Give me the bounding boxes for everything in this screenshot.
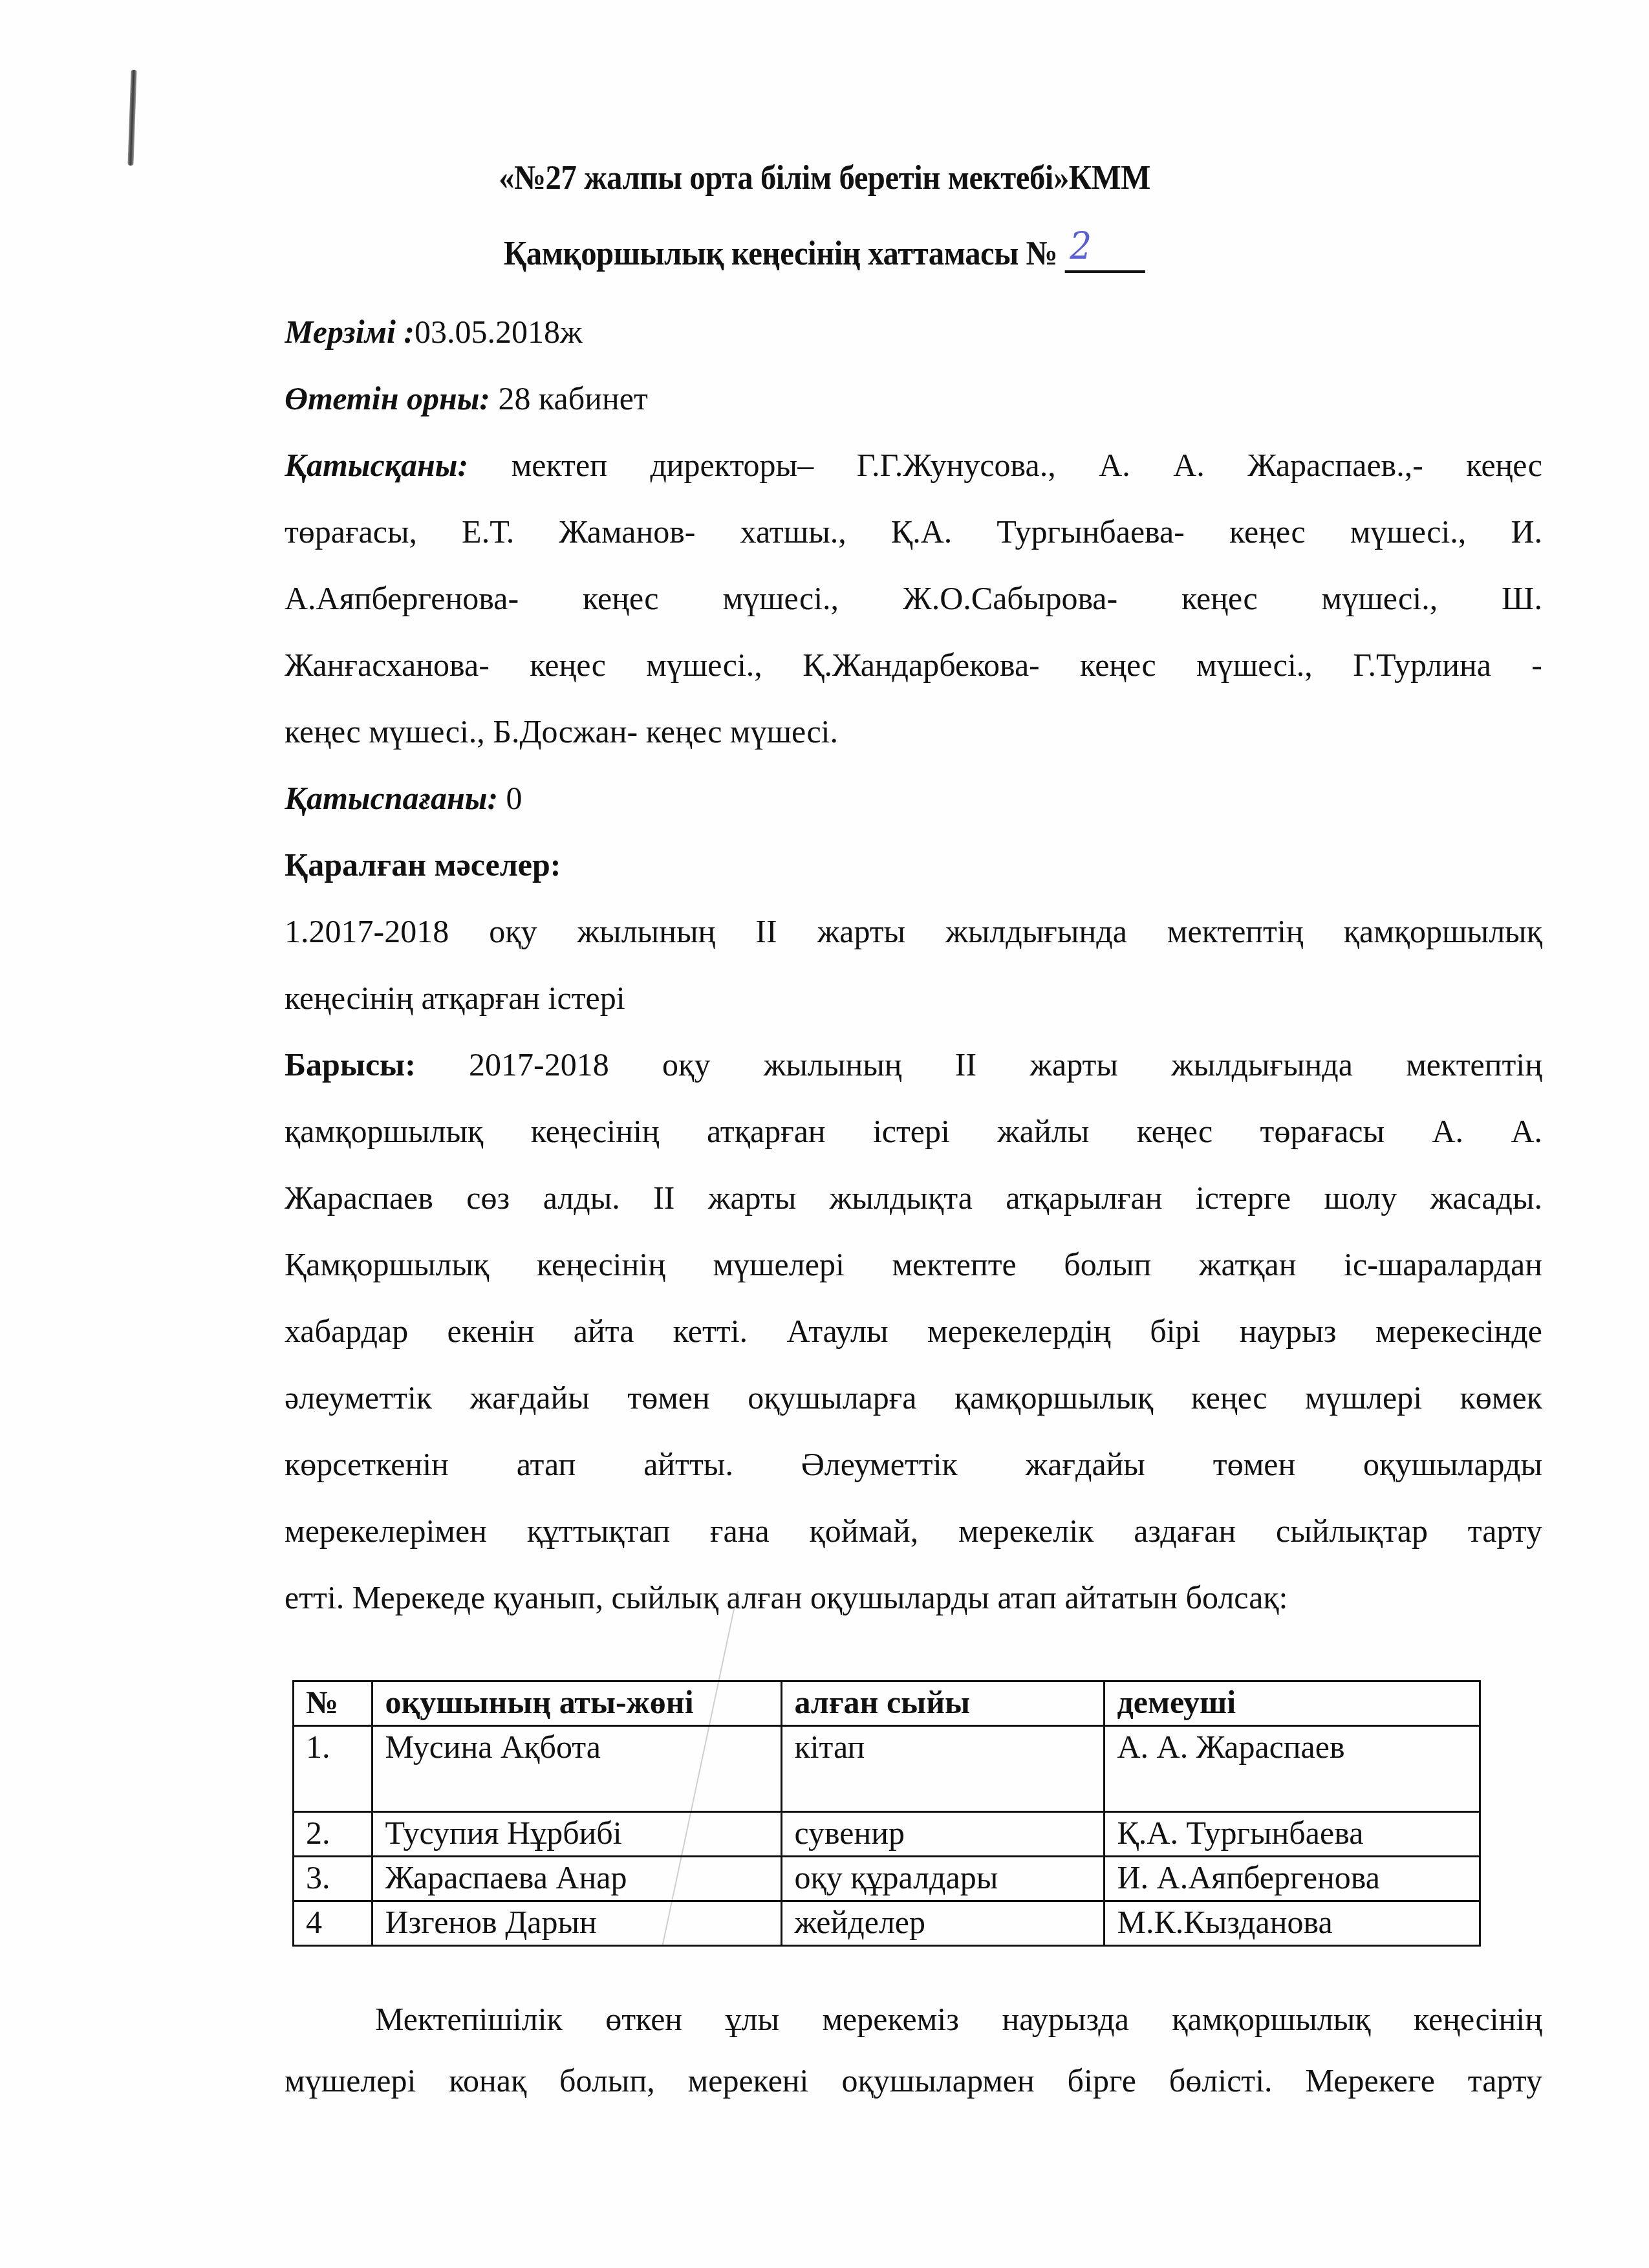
attendees-text: мектеп директоры– Г.Г.Жунусова., А. А. Ж…	[468, 447, 1542, 483]
table-header-row: № оқушының аты-жөні алған сыйы демеуші	[294, 1681, 1480, 1726]
proceedings-line: Барысы: 2017-2018 оқу жылының ІІ жарты ж…	[285, 1031, 1542, 1098]
cell-gift: жейделер	[782, 1901, 1105, 1946]
meta-block: Мерзімі :03.05.2018ж Өтетін орны: 28 каб…	[285, 299, 1542, 432]
absent-value: 0	[498, 780, 523, 816]
proceedings-line: мерекелерімен құттықтап ғана қоймай, мер…	[285, 1498, 1542, 1564]
cell-student-name: Изгенов Дарын	[372, 1901, 782, 1946]
attendees-line: төрағасы, Е.Т. Жаманов- хатшы., Қ.А. Тур…	[285, 499, 1542, 565]
table-row: 4 Изгенов Дарын жейделер М.К.Кызданова	[294, 1901, 1480, 1946]
cell-student-name: Жараспаева Анар	[372, 1857, 782, 1901]
cell-number: 3.	[294, 1857, 372, 1901]
proceedings-label: Барысы:	[285, 1046, 416, 1083]
cell-number: 1.	[294, 1726, 372, 1812]
table-row: 1. Мусина Ақбота кітап А. А. Жараспаев	[294, 1726, 1480, 1812]
closing-line: Мектепішілік өткен ұлы мерекеміз наурызд…	[285, 1989, 1542, 2050]
header-number: №	[294, 1681, 372, 1726]
agenda-label: Қаралған мәселер:	[285, 832, 1542, 898]
cell-gift: сувенир	[782, 1812, 1105, 1857]
proceedings-line: көрсеткенін атап айтты. Әлеуметтік жағда…	[285, 1431, 1542, 1498]
date-value: 03.05.2018ж	[415, 314, 583, 350]
header-sponsor: демеуші	[1105, 1681, 1480, 1726]
proceedings-line: әлеуметтік жағдайы төмен оқушыларға қамқ…	[285, 1365, 1542, 1431]
date-label: Мерзімі :	[285, 314, 415, 350]
cell-sponsor: М.К.Кызданова	[1105, 1901, 1480, 1946]
protocol-title-text: Қамқоршылық кеңесінің хаттамасы №	[504, 235, 1057, 272]
gift-table: № оқушының аты-жөні алған сыйы демеуші 1…	[292, 1680, 1481, 1947]
handwritten-protocol-number: 2	[1070, 224, 1091, 268]
date-line: Мерзімі :03.05.2018ж	[285, 299, 1542, 365]
header-student-name: оқушының аты-жөні	[372, 1681, 782, 1726]
proceedings-line: етті. Мерекеде қуанып, сыйлық алған оқуш…	[285, 1564, 1542, 1631]
agenda-block: Қаралған мәселер: 1.2017-2018 оқу жылыны…	[285, 832, 1542, 1031]
org-title: «№27 жалпы орта білім беретін мектебі»КМ…	[66, 158, 1583, 197]
absent-label: Қатыспағаны:	[285, 780, 498, 816]
cell-number: 2.	[294, 1812, 372, 1857]
attendees-line: А.Аяпбергенова- кеңес мүшесі., Ж.О.Сабыр…	[285, 565, 1542, 632]
cell-sponsor: И. А.Аяпбергенова	[1105, 1857, 1480, 1901]
closing-line: мүшелері конақ болып, мерекені оқушыларм…	[285, 2050, 1542, 2111]
proceedings-text: 2017-2018 оқу жылының ІІ жарты жылдығынд…	[416, 1046, 1542, 1083]
place-value: 28 кабинет	[490, 380, 648, 416]
staple-mark	[127, 70, 136, 166]
absent-block: Қатыспағаны: 0	[285, 765, 1542, 832]
protocol-title: Қамқоршылық кеңесінің хаттамасы № 2	[66, 233, 1583, 273]
cell-gift: кітап	[782, 1726, 1105, 1812]
attendees-line: Жанғасханова- кеңес мүшесі., Қ.Жандарбек…	[285, 632, 1542, 698]
cell-sponsor: Қ.А. Тургынбаева	[1105, 1812, 1480, 1857]
attendees-block: Қатысқаны: мектеп директоры– Г.Г.Жунусов…	[285, 432, 1542, 765]
proceedings-line: Жараспаев сөз алды. ІІ жарты жылдықта ат…	[285, 1165, 1542, 1231]
protocol-number-field: 2	[1065, 233, 1145, 273]
place-line: Өтетін орны: 28 кабинет	[285, 365, 1542, 432]
agenda-item: 1.2017-2018 оқу жылының ІІ жарты жылдығы…	[285, 898, 1542, 965]
agenda-item: кеңесінің атқарған істері	[285, 965, 1542, 1031]
header-gift: алған сыйы	[782, 1681, 1105, 1726]
proceedings-line: хабардар екенін айта кетті. Атаулы мерек…	[285, 1298, 1542, 1365]
proceedings-line: қамқоршылық кеңесінің атқарған істері жа…	[285, 1098, 1542, 1165]
table-row: 2. Тусупия Нұрбибі сувенир Қ.А. Тургынба…	[294, 1812, 1480, 1857]
place-label: Өтетін орны:	[285, 380, 490, 416]
attendees-line: кеңес мүшесі., Б.Досжан- кеңес мүшесі.	[285, 698, 1542, 765]
proceedings-block: Барысы: 2017-2018 оқу жылының ІІ жарты ж…	[285, 1031, 1542, 1631]
attendees-line: Қатысқаны: мектеп директоры– Г.Г.Жунусов…	[285, 432, 1542, 499]
document-page: «№27 жалпы орта білім беретін мектебі»КМ…	[0, 0, 1649, 2268]
proceedings-line: Қамқоршылық кеңесінің мүшелері мектепте …	[285, 1231, 1542, 1298]
cell-gift: оқу құралдары	[782, 1857, 1105, 1901]
absent-line: Қатыспағаны: 0	[285, 765, 1542, 832]
cell-number: 4	[294, 1901, 372, 1946]
attendees-label: Қатысқаны:	[285, 447, 468, 483]
cell-sponsor: А. А. Жараспаев	[1105, 1726, 1480, 1812]
closing-block: Мектепішілік өткен ұлы мерекеміз наурызд…	[285, 1989, 1542, 2111]
table-row: 3. Жараспаева Анар оқу құралдары И. А.Ая…	[294, 1857, 1480, 1901]
cell-student-name: Мусина Ақбота	[372, 1726, 782, 1812]
cell-student-name: Тусупия Нұрбибі	[372, 1812, 782, 1857]
